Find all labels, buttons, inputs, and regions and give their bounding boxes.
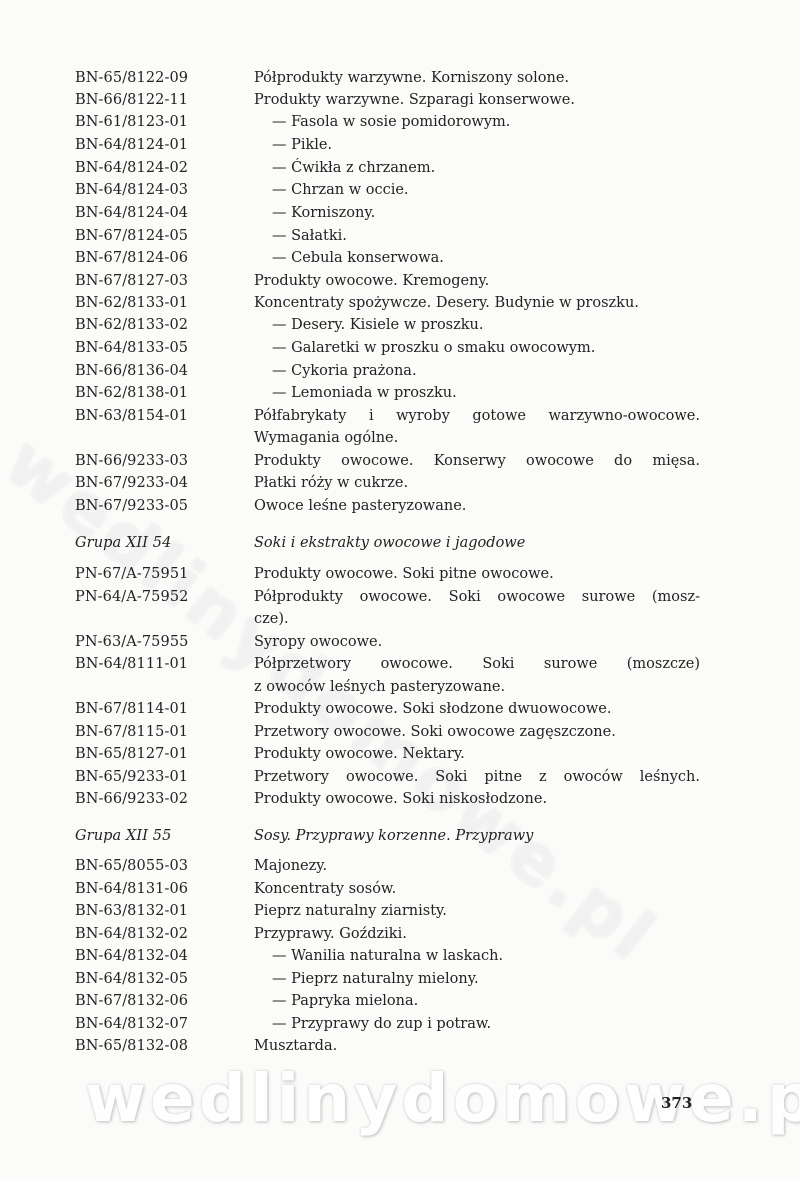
standard-code: BN-64/8124-04: [75, 202, 188, 224]
list-item: PN-63/A-75955Syropy owocowe.: [0, 631, 800, 653]
list-item: BN-64/8124-04— Korniszony.: [0, 202, 800, 224]
standard-code: BN-67/8124-06: [75, 247, 188, 269]
list-item: BN-66/9233-02Produkty owocowe. Soki nisk…: [0, 788, 800, 810]
standard-code: BN-67/8124-05: [75, 225, 188, 247]
list-item: BN-67/9233-05Owoce leśne pasteryzowane.: [0, 495, 800, 517]
standard-code: BN-62/8133-02: [75, 314, 188, 336]
standard-code: BN-66/9233-03: [75, 450, 188, 472]
list-item: BN-64/8124-03— Chrzan w occie.: [0, 179, 800, 201]
standard-description: — Cykoria prażona.: [272, 360, 417, 382]
standard-code: BN-66/9233-02: [75, 788, 188, 810]
standard-code: BN-64/8124-03: [75, 179, 188, 201]
standard-description: Produkty owocowe. Soki pitne owocowe.: [254, 563, 554, 585]
list-item: BN-65/8055-03Majonezy.: [0, 855, 800, 877]
list-item: Wymagania ogólne.: [0, 427, 800, 449]
standard-description: — Papryka mielona.: [272, 990, 418, 1012]
standard-description: — Ćwikła z chrzanem.: [272, 157, 435, 179]
standard-description: Produkty owocowe. Kremogeny.: [254, 270, 489, 292]
standard-description: Przyprawy. Goździki.: [254, 923, 407, 945]
standard-description: Koncentraty spożywcze. Desery. Budynie w…: [254, 292, 639, 314]
standard-description: — Lemoniada w proszku.: [272, 382, 457, 404]
list-item: BN-64/8131-06Koncentraty sosów.: [0, 878, 800, 900]
standard-code: BN-65/8127-01: [75, 743, 188, 765]
list-item: BN-64/8124-02— Ćwikła z chrzanem.: [0, 157, 800, 179]
page-number: 373: [661, 1094, 692, 1112]
standard-description: — Sałatki.: [272, 225, 347, 247]
standard-code: BN-67/8115-01: [75, 721, 188, 743]
standard-description: Produkty warzywne. Szparagi konserwowe.: [254, 89, 575, 111]
standard-code: BN-64/8132-04: [75, 945, 188, 967]
list-item: BN-67/9233-04Płatki róży w cukrze.: [0, 472, 800, 494]
standard-code: BN-63/8132-01: [75, 900, 188, 922]
list-item: BN-66/9233-03Produkty owocowe. Konserwy …: [0, 450, 800, 472]
standard-code: BN-62/8138-01: [75, 382, 188, 404]
standard-code: BN-64/8132-02: [75, 923, 188, 945]
standard-description: Produkty owocowe. Konserwy owocowe do mi…: [254, 450, 700, 472]
standard-description: — Korniszony.: [272, 202, 375, 224]
standard-description: Produkty owocowe. Soki niskosłodzone.: [254, 788, 547, 810]
list-item: BN-64/8133-05— Galaretki w proszku o sma…: [0, 337, 800, 359]
list-item: BN-62/8133-02— Desery. Kisiele w proszku…: [0, 314, 800, 336]
list-item: BN-65/9233-01Przetwory owocowe. Soki pit…: [0, 766, 800, 788]
standard-description: Koncentraty sosów.: [254, 878, 396, 900]
standard-code: PN-63/A-75955: [75, 631, 188, 653]
standard-description: — Pieprz naturalny mielony.: [272, 968, 479, 990]
list-item: BN-64/8132-05— Pieprz naturalny mielony.: [0, 968, 800, 990]
list-item: BN-66/8136-04— Cykoria prażona.: [0, 360, 800, 382]
standard-description: Wymagania ogólne.: [254, 427, 398, 449]
standard-code: BN-61/8123-01: [75, 111, 188, 133]
standard-description: Przetwory owocowe. Soki owocowe zagęszcz…: [254, 721, 616, 743]
standard-description: — Pikle.: [272, 134, 332, 156]
group-title: Soki i ekstrakty owocowe i jagodowe: [254, 532, 525, 554]
group-title: Sosy. Przyprawy korzenne. Przyprawy: [254, 825, 533, 847]
list-item: PN-67/A-75951Produkty owocowe. Soki pitn…: [0, 563, 800, 585]
standard-description: Owoce leśne pasteryzowane.: [254, 495, 466, 517]
list-item: BN-64/8132-04— Wanilia naturalna w laska…: [0, 945, 800, 967]
group-heading: Grupa XII 54Soki i ekstrakty owocowe i j…: [0, 532, 800, 554]
standard-code: PN-67/A-75951: [75, 563, 188, 585]
list-item: BN-67/8115-01Przetwory owocowe. Soki owo…: [0, 721, 800, 743]
standard-code: BN-64/8132-07: [75, 1013, 188, 1035]
standard-code: BN-66/8122-11: [75, 89, 188, 111]
standard-description: — Fasola w sosie pomidorowym.: [272, 111, 510, 133]
standard-code: BN-64/8133-05: [75, 337, 188, 359]
list-item: BN-64/8132-02Przyprawy. Goździki.: [0, 923, 800, 945]
standard-description: Produkty owocowe. Nektary.: [254, 743, 465, 765]
group-heading: Grupa XII 55Sosy. Przyprawy korzenne. Pr…: [0, 825, 800, 847]
standard-description: Syropy owocowe.: [254, 631, 382, 653]
list-item: BN-62/8138-01— Lemoniada w proszku.: [0, 382, 800, 404]
standard-description: Pieprz naturalny ziarnisty.: [254, 900, 447, 922]
standard-code: BN-65/8122-09: [75, 67, 188, 89]
standard-description: — Wanilia naturalna w laskach.: [272, 945, 503, 967]
standard-code: BN-67/8127-03: [75, 270, 188, 292]
list-item: PN-64/A-75952Półprodukty owocowe. Soki o…: [0, 586, 800, 608]
standard-code: BN-67/8132-06: [75, 990, 188, 1012]
standard-description: — Przyprawy do zup i potraw.: [272, 1013, 491, 1035]
list-item: z owoców leśnych pasteryzowane.: [0, 676, 800, 698]
standard-code: BN-66/8136-04: [75, 360, 188, 382]
list-item: BN-67/8114-01Produkty owocowe. Soki słod…: [0, 698, 800, 720]
list-item: BN-64/8111-01Półprzetwory owocowe. Soki …: [0, 653, 800, 675]
standard-description: — Cebula konserwowa.: [272, 247, 444, 269]
list-item: cze).: [0, 608, 800, 630]
standard-description: Musztarda.: [254, 1035, 337, 1057]
standard-description: — Galaretki w proszku o smaku owocowym.: [272, 337, 595, 359]
standard-code: BN-65/8132-08: [75, 1035, 188, 1057]
standard-description: — Desery. Kisiele w proszku.: [272, 314, 484, 336]
standard-description: cze).: [254, 608, 289, 630]
list-item: BN-61/8123-01— Fasola w sosie pomidorowy…: [0, 111, 800, 133]
standard-description: Półfabrykaty i wyroby gotowe warzywno-ow…: [254, 405, 700, 427]
standard-code: PN-64/A-75952: [75, 586, 188, 608]
standard-description: Półprodukty warzywne. Korniszony solone.: [254, 67, 569, 89]
list-item: BN-62/8133-01Koncentraty spożywcze. Dese…: [0, 292, 800, 314]
list-item: BN-65/8132-08Musztarda.: [0, 1035, 800, 1057]
standard-code: BN-67/9233-05: [75, 495, 188, 517]
list-item: BN-65/8127-01Produkty owocowe. Nektary.: [0, 743, 800, 765]
list-item: BN-64/8124-01— Pikle.: [0, 134, 800, 156]
standard-description: Przetwory owocowe. Soki pitne z owoców l…: [254, 766, 700, 788]
standard-description: Produkty owocowe. Soki słodzone dwuowoco…: [254, 698, 612, 720]
group-label: Grupa XII 55: [75, 825, 171, 847]
list-item: BN-67/8124-05— Sałatki.: [0, 225, 800, 247]
standard-code: BN-65/9233-01: [75, 766, 188, 788]
list-item: BN-64/8132-07— Przyprawy do zup i potraw…: [0, 1013, 800, 1035]
standard-code: BN-67/8114-01: [75, 698, 188, 720]
watermark-bottom: wedlinydomowe.pl: [85, 1060, 800, 1137]
standard-code: BN-65/8055-03: [75, 855, 188, 877]
standard-description: Półprzetwory owocowe. Soki surowe (moszc…: [254, 653, 700, 675]
document-page: wedlinydomowe.pl BN-65/8122-09Półprodukt…: [0, 0, 800, 1180]
list-item: BN-67/8127-03Produkty owocowe. Kremogeny…: [0, 270, 800, 292]
standard-description: Płatki róży w cukrze.: [254, 472, 408, 494]
list-item: BN-67/8132-06— Papryka mielona.: [0, 990, 800, 1012]
standard-description: z owoców leśnych pasteryzowane.: [254, 676, 505, 698]
standard-code: BN-67/9233-04: [75, 472, 188, 494]
standard-code: BN-64/8131-06: [75, 878, 188, 900]
list-item: BN-66/8122-11Produkty warzywne. Szparagi…: [0, 89, 800, 111]
standard-code: BN-64/8132-05: [75, 968, 188, 990]
standard-code: BN-64/8124-02: [75, 157, 188, 179]
standard-description: Majonezy.: [254, 855, 327, 877]
group-label: Grupa XII 54: [75, 532, 171, 554]
standard-code: BN-63/8154-01: [75, 405, 188, 427]
list-item: BN-63/8132-01Pieprz naturalny ziarnisty.: [0, 900, 800, 922]
list-item: BN-67/8124-06— Cebula konserwowa.: [0, 247, 800, 269]
standard-code: BN-64/8111-01: [75, 653, 188, 675]
standard-code: BN-62/8133-01: [75, 292, 188, 314]
list-item: BN-65/8122-09Półprodukty warzywne. Korni…: [0, 67, 800, 89]
standard-code: BN-64/8124-01: [75, 134, 188, 156]
standard-description: Półprodukty owocowe. Soki owocowe surowe…: [254, 586, 700, 608]
list-item: BN-63/8154-01Półfabrykaty i wyroby gotow…: [0, 405, 800, 427]
standard-description: — Chrzan w occie.: [272, 179, 409, 201]
